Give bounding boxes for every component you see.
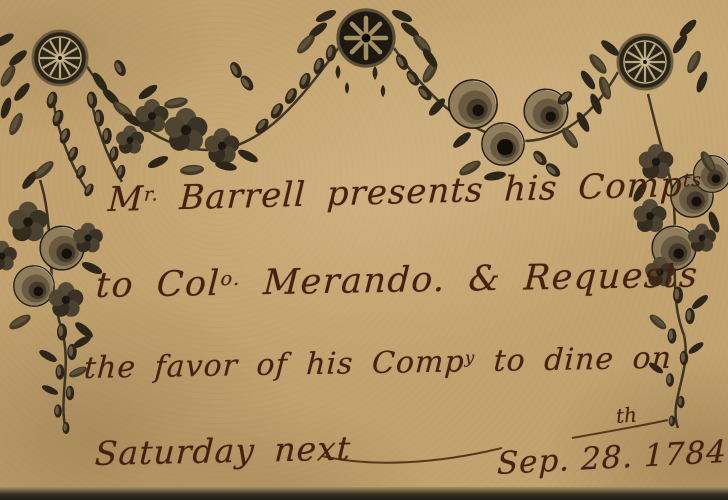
invitation-card: Mr. Barrell presents his Compts to Colo.… <box>0 0 728 500</box>
scan-edge-band <box>0 487 728 500</box>
wheel-rosette-right-icon <box>616 33 674 91</box>
line3-text-main: to dine on <box>474 341 673 379</box>
date-text: Sep. 28. <box>497 439 634 482</box>
line1-text: M <box>107 179 145 220</box>
line4-text: Saturday next <box>94 429 352 473</box>
date-superscript-th: th <box>615 403 638 428</box>
line1-superscript-ts: ts <box>682 170 702 192</box>
hanging-floral-cluster-left <box>0 158 104 434</box>
center-rosette-droplets <box>336 65 386 97</box>
dark-rosette-center-icon <box>336 8 396 68</box>
date-year: 1784 <box>633 434 727 475</box>
line3-text: the favor of his Comp <box>83 344 466 386</box>
line2-text: to Col <box>95 264 221 306</box>
rose-garland-swag-right <box>394 52 614 182</box>
handwritten-line-4: Saturday next <box>94 429 352 473</box>
floral-swag-left <box>90 44 337 176</box>
line2-text-main: Merando. & Requests <box>240 255 700 303</box>
line2-superscript-o: o. <box>220 267 242 290</box>
line1-superscript-r: r. <box>144 184 160 205</box>
wheel-rosette-left-icon <box>31 29 89 87</box>
